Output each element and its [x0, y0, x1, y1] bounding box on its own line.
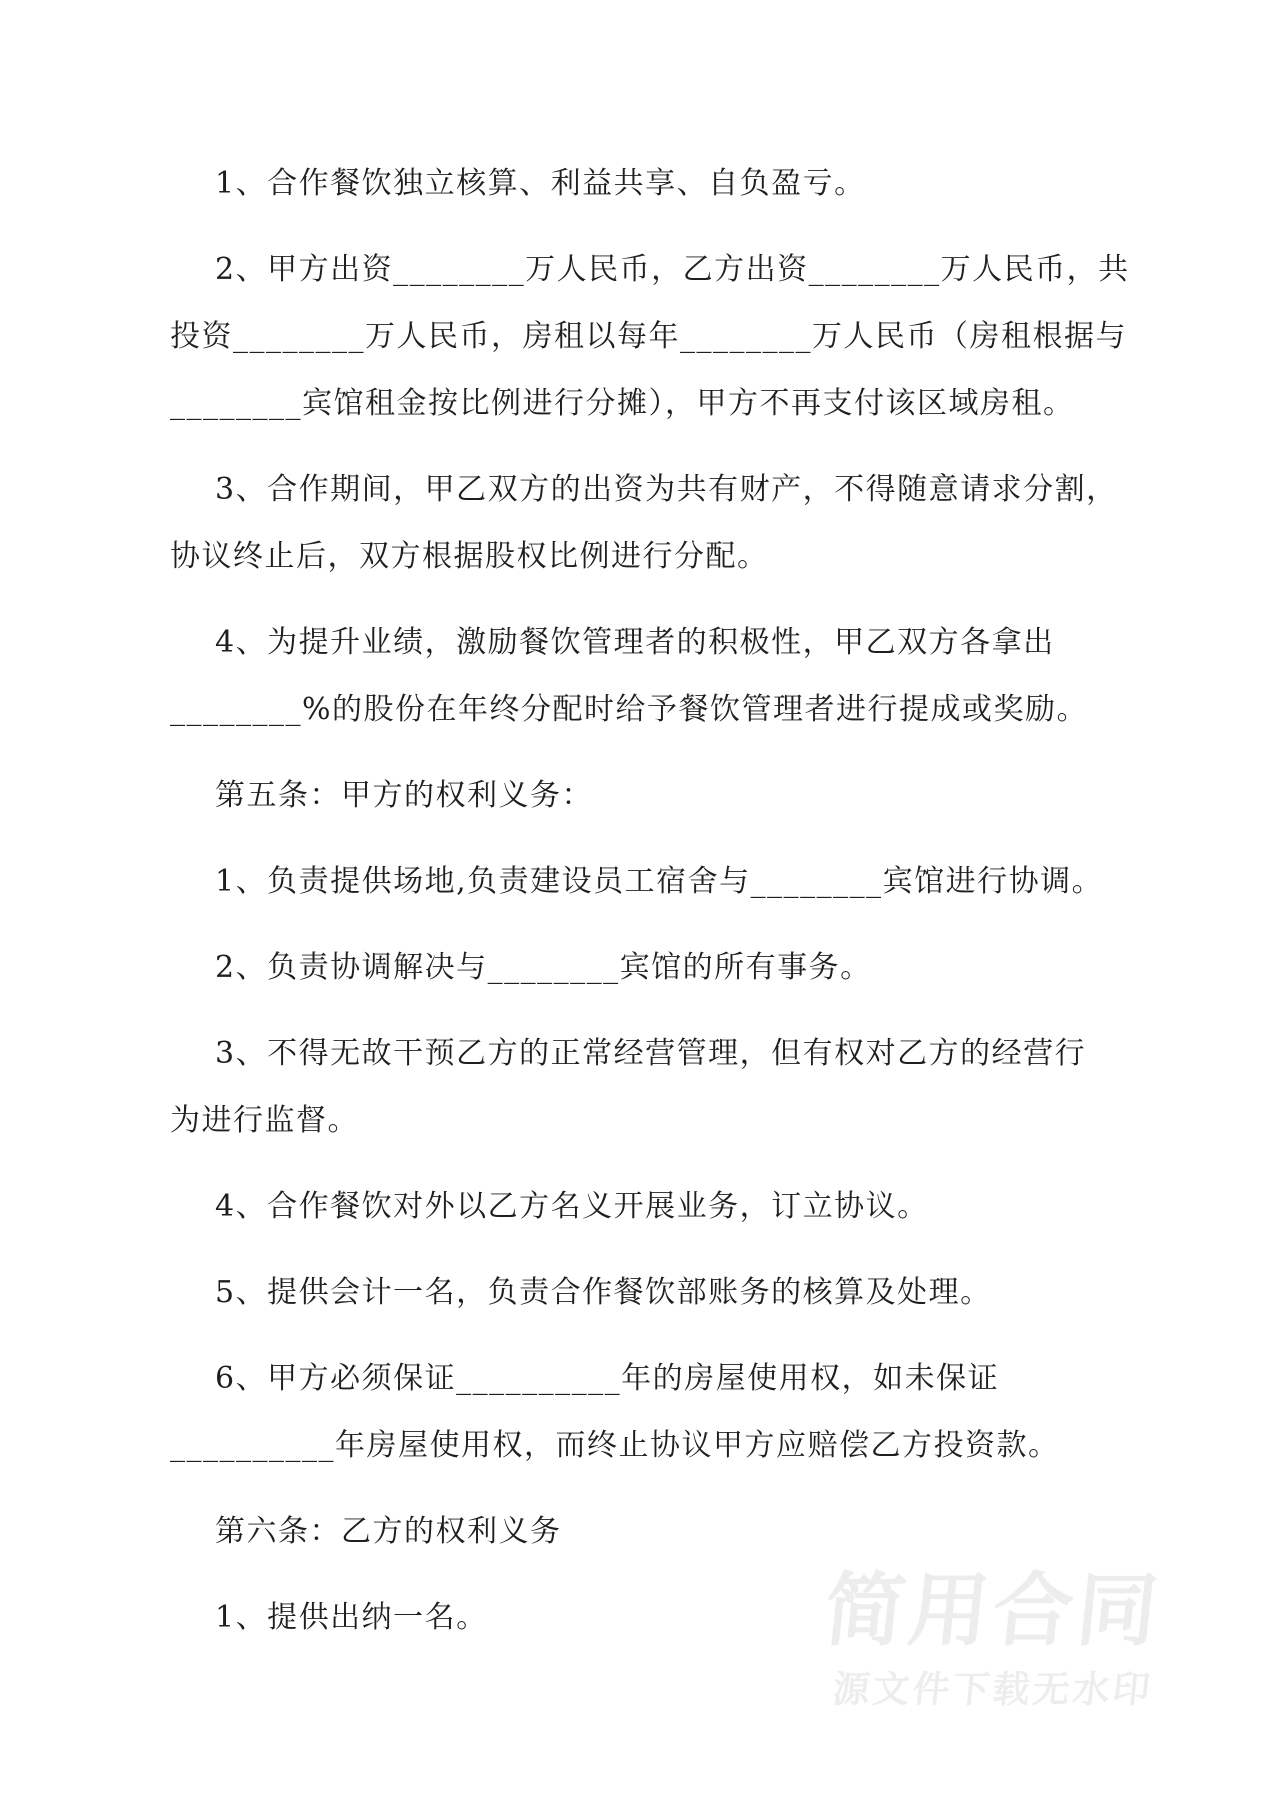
- clause-line: ________%的股份在年终分配时给予餐饮管理者进行提成或奖励。: [170, 676, 1130, 743]
- clause-line: 3、合作期间，甲乙双方的出资为共有财产，不得随意请求分割，: [170, 456, 1130, 523]
- clause-line: 4、为提升业绩，激励餐饮管理者的积极性，甲乙双方各拿出: [170, 609, 1130, 676]
- clause-line: 4、合作餐饮对外以乙方名义开展业务，订立协议。: [170, 1173, 1130, 1240]
- article-5-item-5: 5、提供会计一名，负责合作餐饮部账务的核算及处理。: [170, 1259, 1130, 1326]
- watermark-tagline-text: 源文件下载无水印: [815, 1671, 1155, 1708]
- clause-line: 5、提供会计一名，负责合作餐饮部账务的核算及处理。: [170, 1259, 1130, 1326]
- clause-incentive-shares: 4、为提升业绩，激励餐饮管理者的积极性，甲乙双方各拿出 ________%的股份…: [170, 609, 1130, 743]
- contract-body: 1、合作餐饮独立核算、利益共享、自负盈亏。 2、甲方出资________万人民币…: [170, 150, 1130, 1670]
- clause-line: 投资________万人民币，房租以每年________万人民币（房租根据与: [170, 303, 1130, 370]
- clause-line: 2、负责协调解决与________宾馆的所有事务。: [170, 934, 1130, 1001]
- article-heading-line: 第六条：乙方的权利义务: [170, 1498, 1130, 1565]
- watermark: 简用合同 源文件下载无水印: [815, 1571, 1165, 1708]
- watermark-brand-text: 简用合同: [821, 1571, 1165, 1651]
- clause-line: 3、不得无故干预乙方的正常经营管理，但有权对乙方的经营行: [170, 1020, 1130, 1087]
- article-heading-line: 第五条：甲方的权利义务：: [170, 762, 1130, 829]
- clause-capital-contribution: 2、甲方出资________万人民币，乙方出资________万人民币，共 投资…: [170, 236, 1130, 437]
- clause-independent-accounting: 1、合作餐饮独立核算、利益共享、自负盈亏。: [170, 150, 1130, 217]
- article-5-heading: 第五条：甲方的权利义务：: [170, 762, 1130, 829]
- clause-line: 2、甲方出资________万人民币，乙方出资________万人民币，共: [170, 236, 1130, 303]
- clause-line: 协议终止后，双方根据股权比例进行分配。: [170, 523, 1130, 590]
- clause-line: 为进行监督。: [170, 1087, 1130, 1154]
- clause-line: 6、甲方必须保证__________年的房屋使用权，如未保证: [170, 1345, 1130, 1412]
- clause-line: 1、负责提供场地,负责建设员工宿舍与________宾馆进行协调。: [170, 848, 1130, 915]
- article-5-item-1: 1、负责提供场地,负责建设员工宿舍与________宾馆进行协调。: [170, 848, 1130, 915]
- article-5-item-2: 2、负责协调解决与________宾馆的所有事务。: [170, 934, 1130, 1001]
- clause-line: __________年房屋使用权，而终止协议甲方应赔偿乙方投资款。: [170, 1412, 1130, 1479]
- clause-line: ________宾馆租金按比例进行分摊），甲方不再支付该区域房租。: [170, 370, 1130, 437]
- article-6-heading: 第六条：乙方的权利义务: [170, 1498, 1130, 1565]
- article-5-item-6: 6、甲方必须保证__________年的房屋使用权，如未保证 _________…: [170, 1345, 1130, 1479]
- clause-line: 1、合作餐饮独立核算、利益共享、自负盈亏。: [170, 150, 1130, 217]
- clause-joint-property: 3、合作期间，甲乙双方的出资为共有财产，不得随意请求分割， 协议终止后，双方根据…: [170, 456, 1130, 590]
- article-5-item-4: 4、合作餐饮对外以乙方名义开展业务，订立协议。: [170, 1173, 1130, 1240]
- article-5-item-3: 3、不得无故干预乙方的正常经营管理，但有权对乙方的经营行 为进行监督。: [170, 1020, 1130, 1154]
